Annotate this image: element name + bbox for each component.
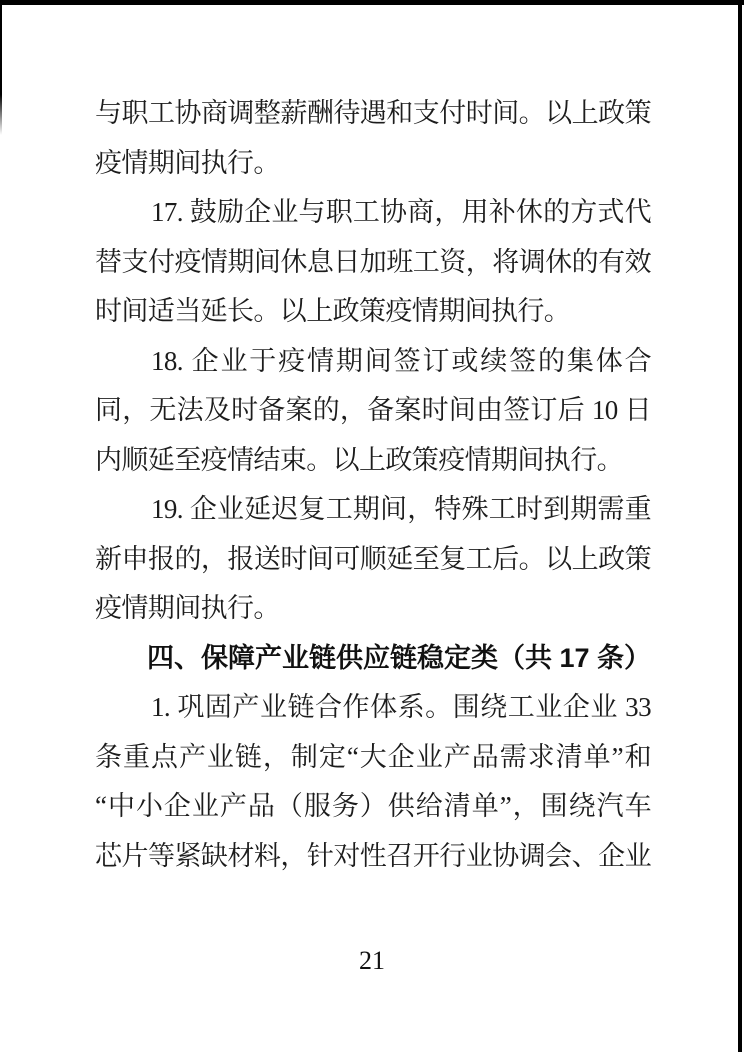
text-line: 同，无法及时备案的，备案时间由签订后 10 日 <box>95 386 651 436</box>
section-heading: 四、保障产业链供应链稳定类（共 17 条） <box>95 634 651 684</box>
text-line: 芯片等紧缺材料，针对性召开行业协调会、企业 <box>95 832 651 882</box>
document-body: 与职工协商调整薪酬待遇和支付时间。以上政策 疫情期间执行。 17. 鼓励企业与职… <box>95 89 651 881</box>
text-line: 内顺延至疫情结束。以上政策疫情期间执行。 <box>95 436 651 486</box>
text-line: 替支付疫情期间休息日加班工资，将调休的有效 <box>95 238 651 288</box>
text-line: 17. 鼓励企业与职工协商，用补休的方式代 <box>95 188 651 238</box>
text-line: 1. 巩固产业链合作体系。围绕工业企业 33 <box>95 683 651 733</box>
text-line: 18. 企业于疫情期间签订或续签的集体合 <box>95 337 651 387</box>
page-number: 21 <box>0 941 744 981</box>
scan-border-left <box>0 0 2 135</box>
text-line: “中小企业产品（服务）供给清单”，围绕汽车 <box>95 782 651 832</box>
text-line: 条重点产业链，制定“大企业产品需求清单”和 <box>95 733 651 783</box>
text-line: 时间适当延长。以上政策疫情期间执行。 <box>95 287 651 337</box>
scan-border-top <box>0 0 744 5</box>
text-line: 疫情期间执行。 <box>95 584 651 634</box>
text-line: 新申报的，报送时间可顺延至复工后。以上政策 <box>95 535 651 585</box>
scan-border-right <box>738 0 742 1052</box>
text-line: 19. 企业延迟复工期间，特殊工时到期需重 <box>95 485 651 535</box>
text-line: 疫情期间执行。 <box>95 139 651 189</box>
text-line: 与职工协商调整薪酬待遇和支付时间。以上政策 <box>95 89 651 139</box>
